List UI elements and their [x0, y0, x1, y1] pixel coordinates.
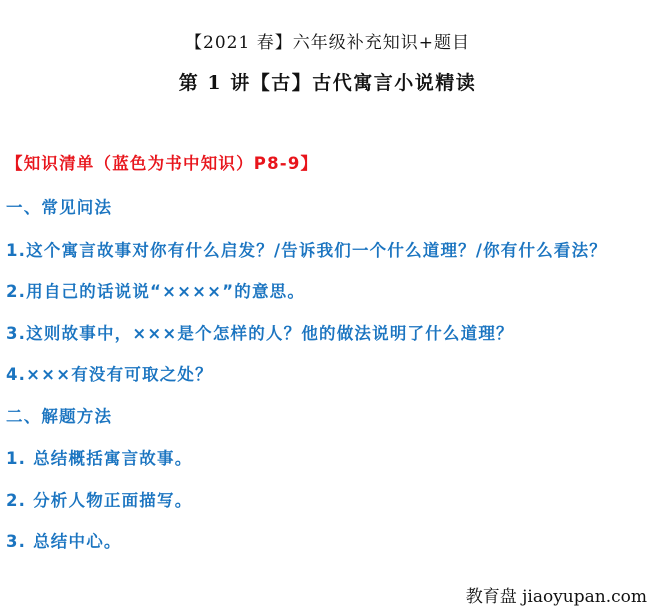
- method-item: 3. 总结中心。: [6, 528, 122, 552]
- section-two-title: 二、解题方法: [6, 403, 112, 427]
- question-item: 4.×××有没有可取之处？: [6, 361, 213, 385]
- document-subtitle: 【2021 春】六年级补充知识+题目: [0, 28, 655, 53]
- method-item: 1. 总结概括寓言故事。: [6, 445, 192, 469]
- question-item: 2.用自己的话说说“××××”的意思。: [6, 278, 305, 302]
- question-item: 3.这则故事中，×××是个怎样的人？他的做法说明了什么道理？: [6, 320, 514, 344]
- watermark: 教育盘 jiaoyupan.com: [466, 582, 647, 607]
- knowledge-list-heading: 【知识清单（蓝色为书中知识）P8-9】: [6, 150, 318, 174]
- question-item: 1.这个寓言故事对你有什么启发？/告诉我们一个什么道理？/你有什么看法？: [6, 237, 607, 261]
- document-title: 第 1 讲【古】古代寓言小说精读: [0, 68, 655, 95]
- method-item: 2. 分析人物正面描写。: [6, 487, 192, 511]
- section-one-title: 一、常见问法: [6, 194, 112, 218]
